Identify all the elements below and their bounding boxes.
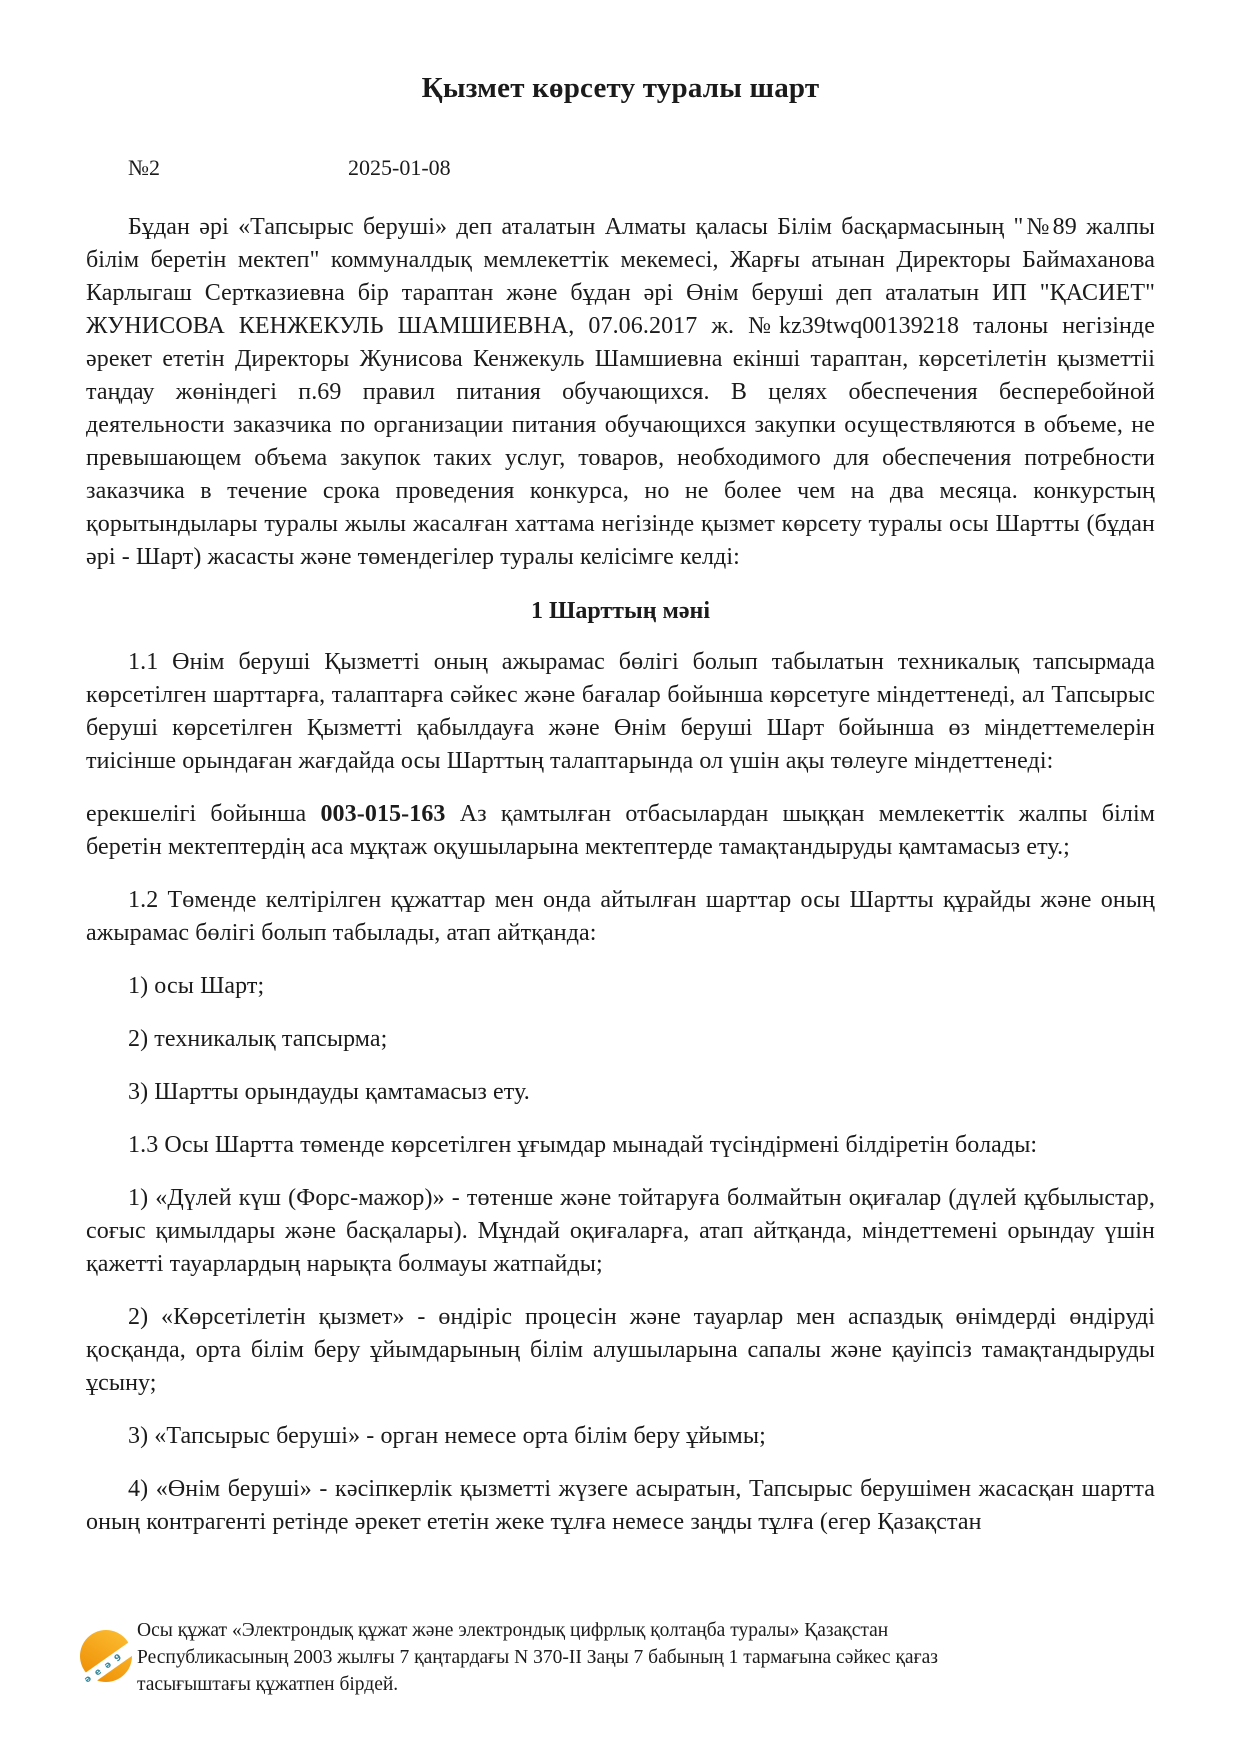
contract-date: 2025-01-08 bbox=[348, 155, 451, 180]
intro-paragraph: Бұдан әрі «Тапсырыс беруші» деп аталатын… bbox=[86, 211, 1155, 574]
document-body: Қызмет көрсету туралы шарт №22025-01-08 … bbox=[86, 72, 1155, 1539]
clause-1-2-paragraph: 1.2 Төменде келтірілген құжаттар мен онд… bbox=[86, 884, 1155, 950]
document-list-item-1: 1) осы Шарт; bbox=[86, 970, 1155, 1003]
document-meta: №22025-01-08 bbox=[86, 155, 1155, 181]
definition-item-2: 2) «Көрсетілетін қызмет» - өндіріс проце… bbox=[86, 1301, 1155, 1400]
footer-legal-text: Осы құжат «Электрондық құжат және электр… bbox=[137, 1617, 1017, 1698]
lot-prefix-text: ерекшелігі бойынша bbox=[86, 801, 320, 827]
digital-signature-stamp-icon: ә е ә 9 bbox=[78, 1628, 136, 1690]
section-1-heading: 1 Шарттың мәні bbox=[86, 596, 1155, 626]
lot-code: 003-015-163 bbox=[320, 801, 445, 827]
definition-item-4: 4) «Өнім беруші» - кәсіпкерлік қызметті … bbox=[86, 1473, 1155, 1539]
definition-item-3: 3) «Тапсырыс беруші» - орган немесе орта… bbox=[86, 1420, 1155, 1453]
page-title: Қызмет көрсету туралы шарт bbox=[86, 72, 1155, 105]
clause-1-3-paragraph: 1.3 Осы Шартта төменде көрсетілген ұғымд… bbox=[86, 1129, 1155, 1162]
contract-document-page: Қызмет көрсету туралы шарт №22025-01-08 … bbox=[0, 0, 1241, 1754]
document-list-item-3: 3) Шартты орындауды қамтамасыз ету. bbox=[86, 1076, 1155, 1109]
document-list-item-2: 2) техникалық тапсырма; bbox=[86, 1023, 1155, 1056]
lot-description-paragraph: ерекшелігі бойынша 003-015-163 Аз қамтыл… bbox=[86, 798, 1155, 864]
clause-1-1-paragraph: 1.1 Өнім беруші Қызметті оның ажырамас б… bbox=[86, 646, 1155, 778]
contract-number: №2 bbox=[128, 155, 160, 180]
definition-item-1: 1) «Дүлей күш (Форс-мажор)» - төтенше жә… bbox=[86, 1182, 1155, 1281]
